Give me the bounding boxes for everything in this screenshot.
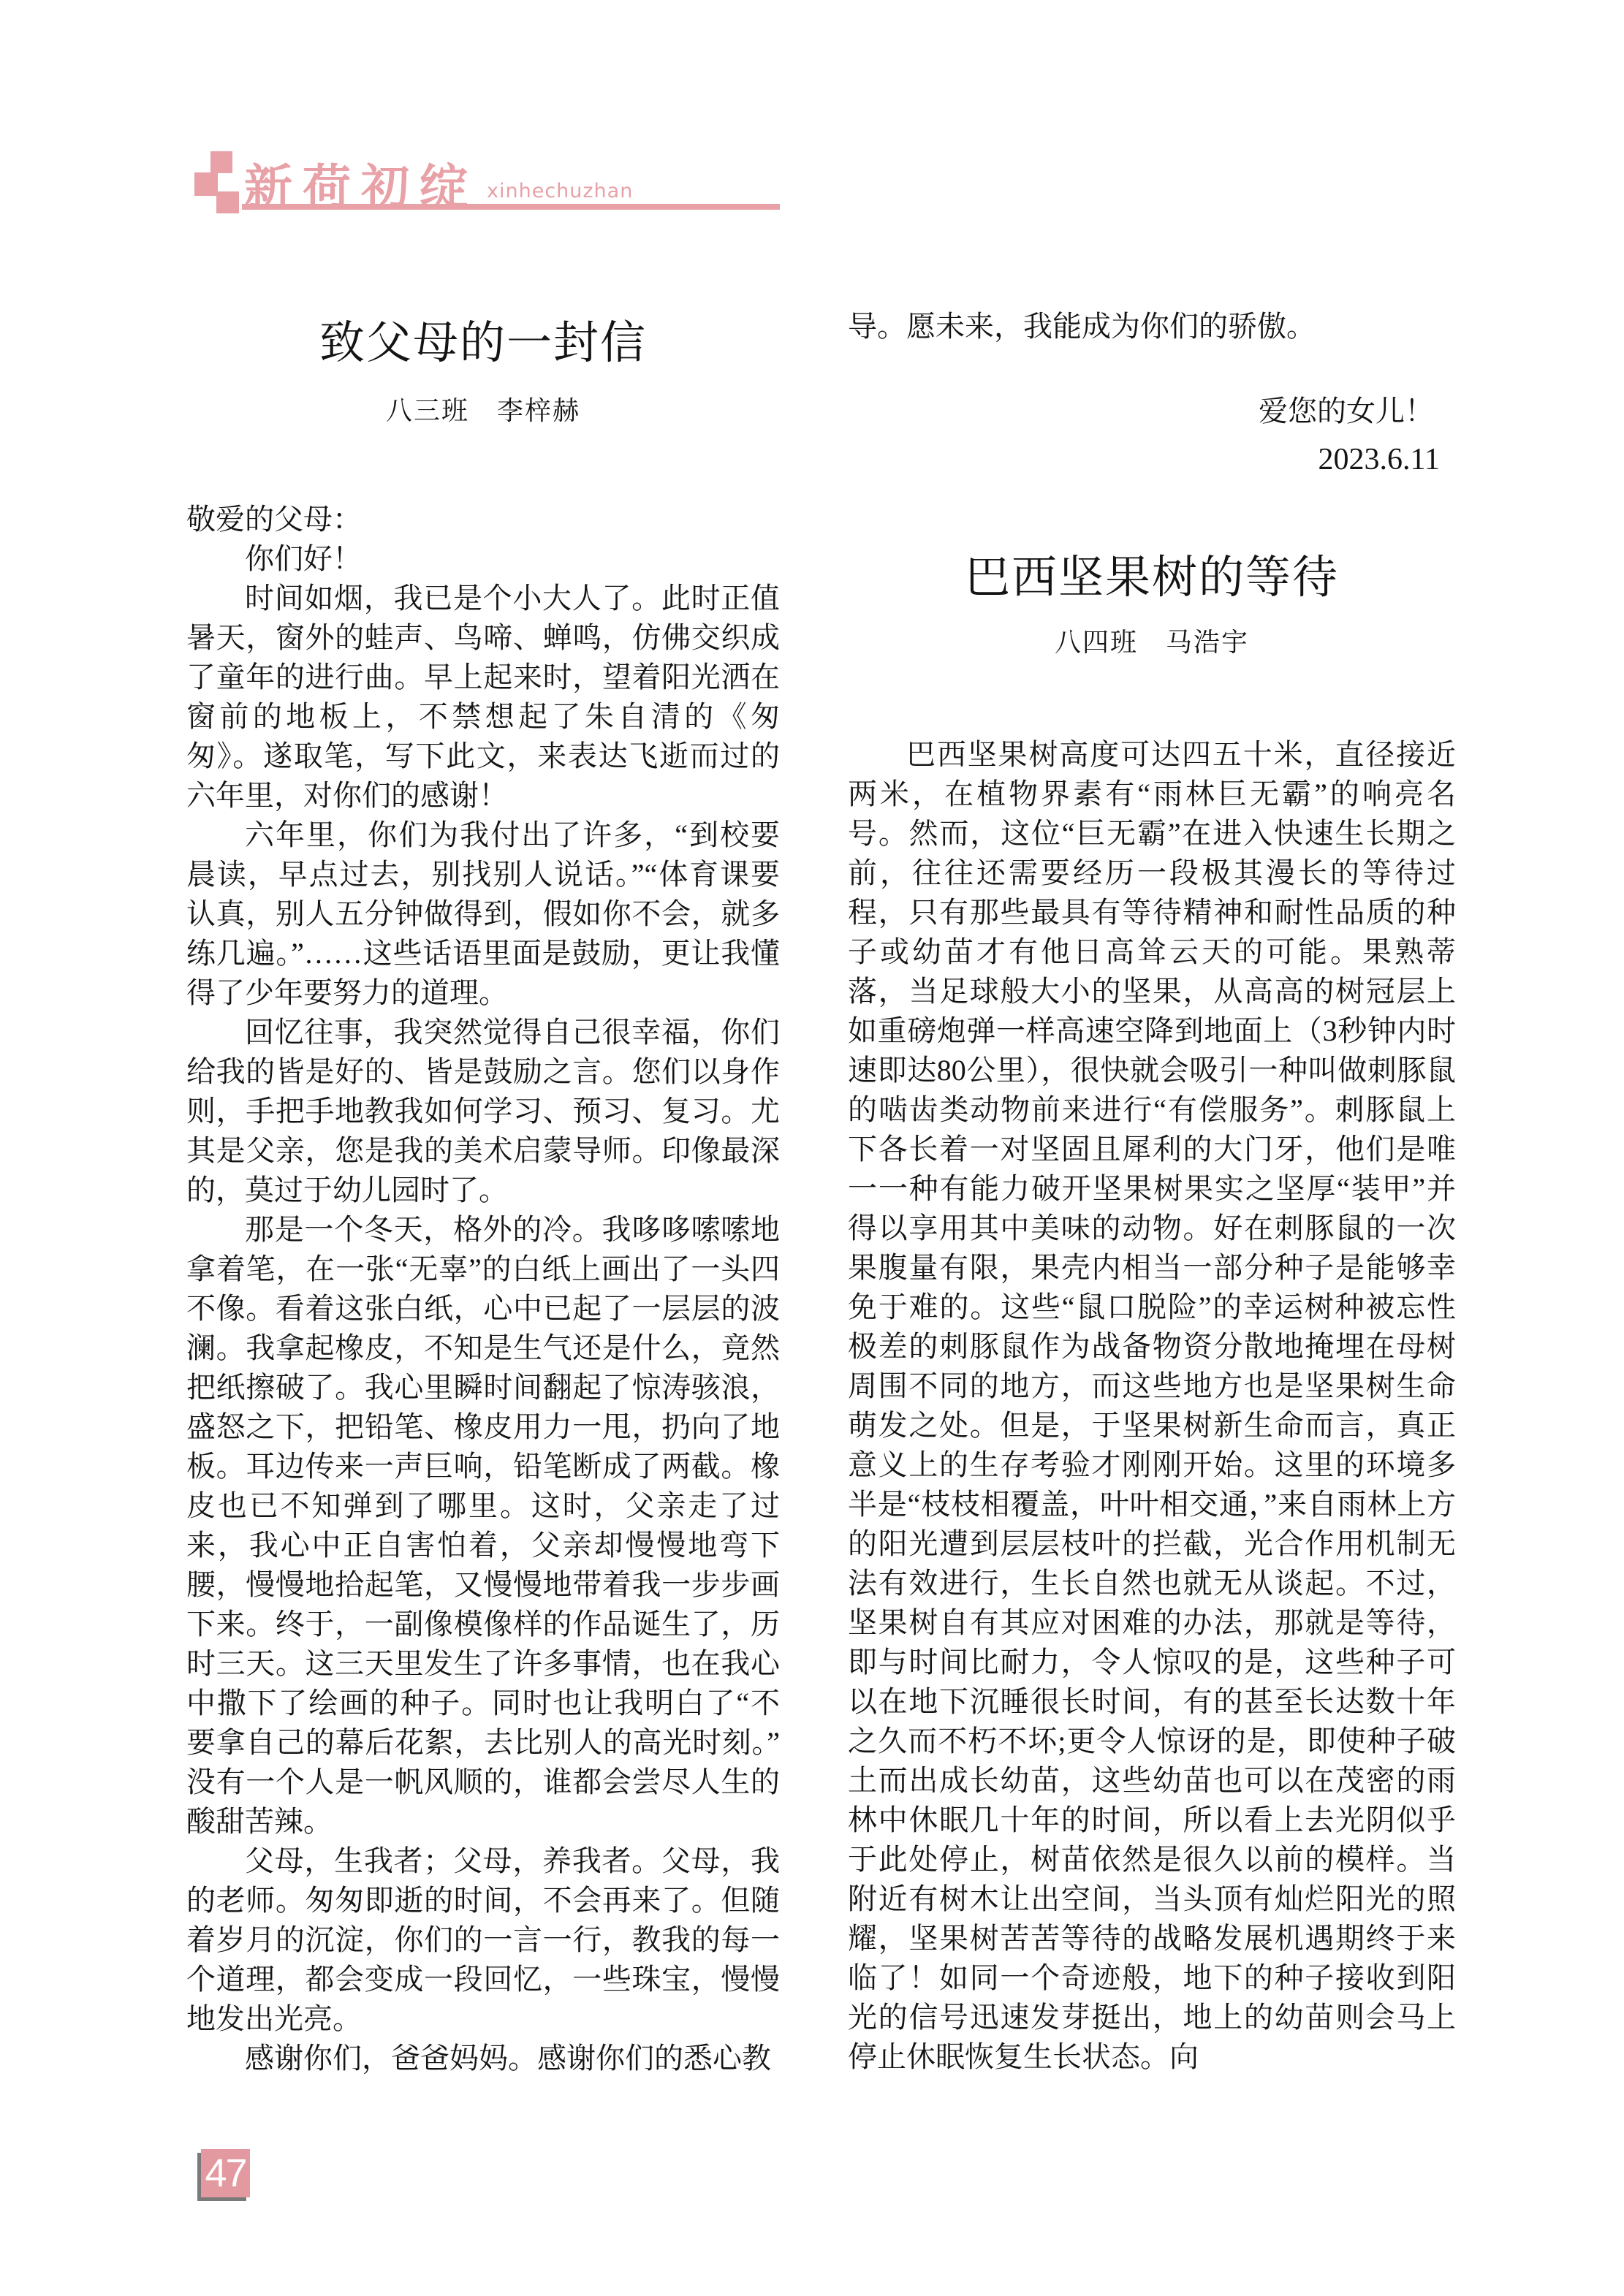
- header-rule: [242, 204, 780, 210]
- page-number-badge: 47: [201, 2149, 250, 2197]
- left-column: 致父母的一封信 八三班 李梓赫 敬爱的父母： 你们好！ 时间如烟，我已是个小大人…: [186, 307, 780, 2078]
- magazine-page: 新荷初绽 xinhechuzhan 致父母的一封信 八三班 李梓赫 敬爱的父母：…: [0, 0, 1624, 2296]
- article1-paragraph: 感谢你们，爸爸妈妈。感谢你们的悉心教: [186, 2039, 780, 2078]
- article2-body: 巴西坚果树高度可达四五十米，直径接近两米，在植物界素有“雨林巨无霸”的响亮名号。…: [848, 735, 1456, 2077]
- article2-title: 巴西坚果树的等待: [848, 552, 1456, 604]
- logo-checker-square-icon: [194, 172, 218, 196]
- right-column: 导。愿未来，我能成为你们的骄傲。 爱您的女儿！ 2023.6.11 巴西坚果树的…: [848, 307, 1456, 2077]
- article1-salutation: 敬爱的父母：: [186, 500, 780, 539]
- magazine-logo-pinyin: xinhechuzhan: [487, 180, 633, 202]
- article1-paragraph: 六年里，你们为我付出了许多，“到校要晨读，早点过去，别找别人说话。”“体育课要认…: [186, 816, 780, 1013]
- article2-author: 八四班 马浩宇: [848, 623, 1456, 662]
- article2-paragraph: 巴西坚果树高度可达四五十米，直径接近两米，在植物界素有“雨林巨无霸”的响亮名号。…: [848, 735, 1456, 2077]
- article1-paragraph: 时间如烟，我已是个小大人了。此时正值暑天，窗外的蛙声、鸟啼、蝉鸣，仿佛交织成了童…: [186, 579, 780, 816]
- article1-paragraph: 父母，生我者；父母，养我者。父母，我的老师。匆匆即逝的时间，不会再来了。但随着岁…: [186, 1841, 780, 2039]
- article1-paragraph: 回忆往事，我突然觉得自己很幸福，你们给我的皆是好的、皆是鼓励之言。您们以身作则，…: [186, 1013, 780, 1210]
- article1-date: 2023.6.11: [848, 440, 1456, 479]
- article1-paragraph: 你们好！: [186, 539, 780, 579]
- article1-body: 敬爱的父母： 你们好！ 时间如烟，我已是个小大人了。此时正值暑天，窗外的蛙声、鸟…: [186, 500, 780, 2078]
- article1-continuation: 导。愿未来，我能成为你们的骄傲。: [848, 307, 1456, 346]
- logo-checker-square-icon: [216, 191, 239, 213]
- article1-continuation-line: 导。愿未来，我能成为你们的骄傲。: [848, 307, 1456, 346]
- article1-title: 致父母的一封信: [186, 318, 780, 369]
- article1-author: 八三班 李梓赫: [186, 391, 780, 430]
- article1-paragraph: 那是一个冬天，格外的冷。我哆哆嗦嗦地拿着笔，在一张“无辜”的白纸上画出了一头四不…: [186, 1210, 780, 1841]
- logo-checker-square-icon: [210, 151, 232, 173]
- article1-signature: 爱您的女儿！: [848, 392, 1456, 431]
- page-number: 47: [205, 2151, 246, 2196]
